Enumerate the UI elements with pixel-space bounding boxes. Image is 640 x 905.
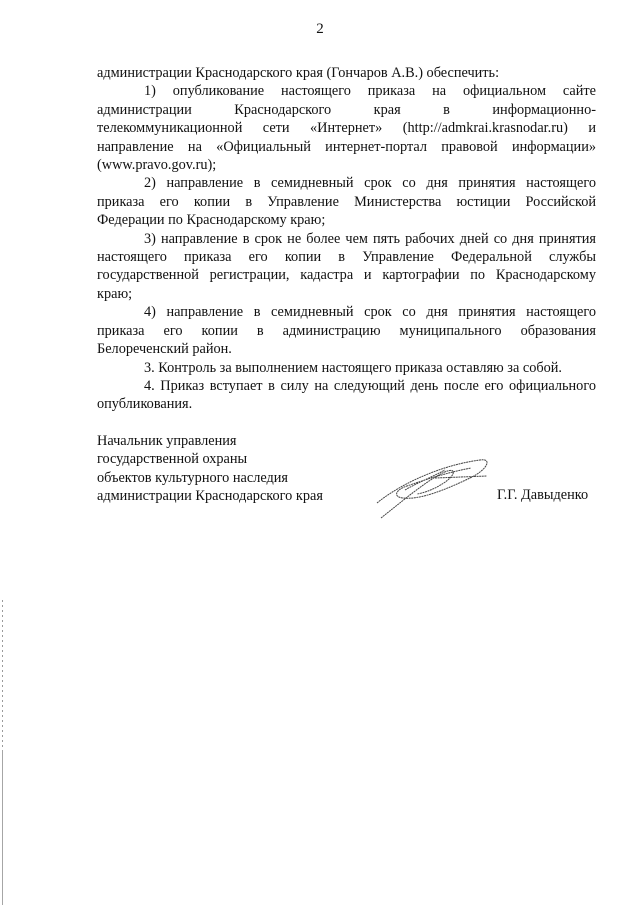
item3-line: настоящего приказа его копии в Управлени… (97, 248, 596, 266)
page-number: 2 (0, 21, 640, 38)
scan-margin-solid-line (2, 750, 3, 905)
position-line: объектов культурного наследия (97, 469, 596, 487)
item4-line: 4) направление в семидневный срок со дня… (97, 303, 596, 321)
document-body: администрации Краснодарского края (Гонча… (97, 64, 596, 414)
item4-line: приказа его копии в администрацию муници… (97, 322, 596, 340)
item2-line: Федерации по Краснодарскому краю; (97, 211, 596, 229)
item1-line: (www.pravo.gov.ru); (97, 156, 596, 174)
position-line: Начальник управления (97, 432, 596, 450)
position-line: государственной охраны (97, 450, 596, 468)
signer-name: Г.Г. Давыденко (497, 487, 588, 504)
item2-line: 2) направление в семидневный срок со дня… (97, 174, 596, 192)
item3-line: краю; (97, 285, 596, 303)
point4-line: опубликования. (97, 395, 596, 413)
item3-line: государственной регистрации, кадастра и … (97, 266, 596, 284)
intro-line: администрации Краснодарского края (Гонча… (97, 64, 596, 82)
handwritten-signature-icon (375, 448, 495, 520)
item2-line: приказа его копии в Управление Министерс… (97, 193, 596, 211)
item3-line: 3) направление в срок не более чем пять … (97, 230, 596, 248)
item1-line: администрации Краснодарского края в инфо… (97, 101, 596, 119)
item1-line: телекоммуникационной сети «Интернет» (ht… (97, 119, 596, 137)
point4-line: 4. Приказ вступает в силу на следующий д… (97, 377, 596, 395)
point3-line: 3. Контроль за выполнением настоящего пр… (97, 359, 596, 377)
item4-line: Белореченский район. (97, 340, 596, 358)
item1-line: 1) опубликование настоящего приказа на о… (97, 82, 596, 100)
item1-line: направление на «Официальный интернет-пор… (97, 138, 596, 156)
